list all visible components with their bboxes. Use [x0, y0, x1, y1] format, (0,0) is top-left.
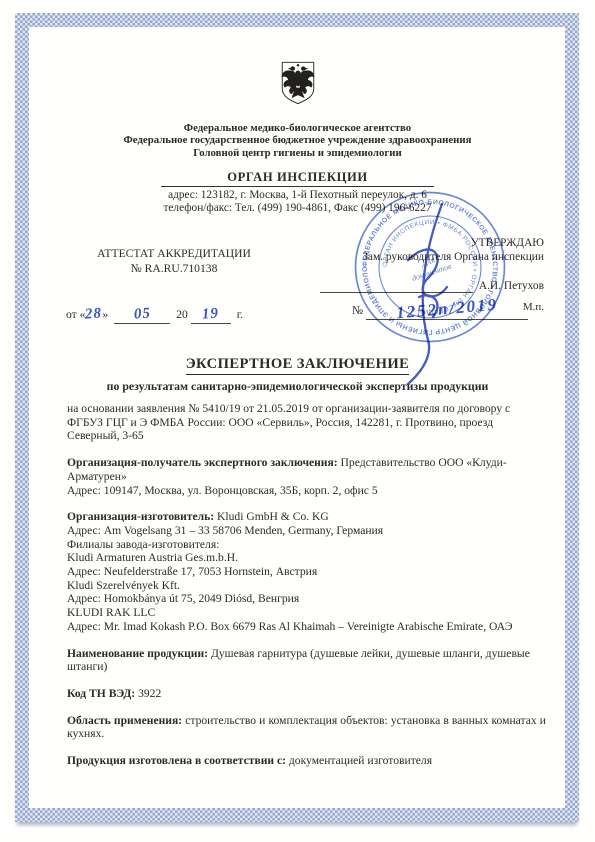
branch-address: Адрес: Mr. Imad Kokash P.O. Box 6679 Ras… — [67, 620, 546, 634]
accreditation-block: АТТЕСТАТ АККРЕДИТАЦИИ № RA.RU.710138 — [62, 247, 286, 276]
date-close-quote: » — [102, 308, 108, 321]
date-day-handwritten: 28 — [85, 305, 103, 323]
date-year-handwritten: 19 — [202, 305, 220, 323]
tnved-paragraph: Код ТН ВЭД: 3922 — [67, 687, 546, 701]
document-page: Федеральное медико-биологическое агентст… — [0, 0, 595, 842]
date-line: от «28»052019 г. — [66, 306, 243, 324]
conformity-paragraph: Продукция изготовлена в соответствии с: … — [67, 754, 546, 768]
document-content: Федеральное медико-биологическое агентст… — [0, 0, 595, 842]
manufacturer-label: Организация-изготовитель: — [67, 510, 214, 523]
org-name-line1: Федеральное медико-биологическое агентст… — [30, 122, 565, 134]
department-title-row: ОРГАН ИНСПЕКЦИИ — [30, 168, 565, 187]
manufacturer-value: Kludi GmbH & Co. KG — [217, 510, 329, 523]
branch-address: Адрес: Homokbánya út 75, 2049 Diósd, Вен… — [67, 592, 546, 606]
product-paragraph: Наименование продукции: Душевая гарнитур… — [67, 647, 546, 674]
document-subtitle: по результатам санитарно-эпидемиологичес… — [30, 379, 565, 394]
recipient-address: Адрес: 109147, Москва, ул. Воронцовская,… — [67, 484, 546, 498]
branches-label: Филиалы завода-изготовителя: — [67, 538, 546, 552]
tnved-label: Код ТН ВЭД: — [67, 687, 135, 700]
recipient-paragraph: Организация-получатель экспертного заклю… — [67, 456, 546, 497]
product-label: Наименование продукции: — [67, 647, 208, 660]
conformity-value: документацией изготовителя — [289, 754, 432, 767]
handwritten-signature-ink — [388, 200, 472, 390]
org-name-line3: Головной центр гигиены и эпидемиологии — [30, 147, 565, 159]
branch-name: KLUDI RAK LLC — [67, 606, 546, 620]
branch-name: Kludi Armaturen Austria Ges.m.b.H. — [67, 551, 546, 565]
document-title-block: ЭКСПЕРТНОЕ ЗАКЛЮЧЕНИЕ по результатам сан… — [30, 355, 565, 394]
scope-label: Область применения: — [67, 714, 182, 727]
basis-paragraph: на основании заявления № 5410/19 от 21.0… — [67, 402, 546, 443]
accreditation-title: АТТЕСТАТ АККРЕДИТАЦИИ — [62, 247, 286, 262]
manufacturer-address: Адрес: Am Vogelsang 31 – 33 58706 Menden… — [67, 524, 546, 538]
accreditation-number: № RA.RU.710138 — [62, 262, 286, 277]
branch-name: Kludi Szerelvények Kft. — [67, 579, 546, 593]
branch-address: Адрес: Neufelderstraße 17, 7053 Hornstei… — [67, 565, 546, 579]
manufacturer-paragraph: Организация-изготовитель: Kludi GmbH & C… — [67, 510, 546, 633]
tnved-value: 3922 — [138, 687, 161, 700]
date-century: 20 — [176, 308, 188, 321]
recipient-label: Организация-получатель экспертного заклю… — [67, 456, 338, 469]
org-name-line2: Федеральное государственное бюджетное уч… — [30, 134, 565, 146]
date-suffix: г. — [237, 308, 243, 321]
department-title: ОРГАН ИНСПЕКЦИИ — [161, 170, 434, 187]
date-month-handwritten: 05 — [133, 305, 151, 323]
document-body: на основании заявления № 5410/19 от 21.0… — [67, 402, 546, 781]
date-prefix: от « — [66, 308, 85, 321]
scope-paragraph: Область применения: строительство и комп… — [67, 714, 546, 741]
coat-of-arms-eagle-icon — [277, 52, 319, 114]
document-title: ЭКСПЕРТНОЕ ЗАКЛЮЧЕНИЕ — [186, 356, 410, 375]
conformity-label: Продукция изготовлена в соответствии с: — [67, 754, 286, 767]
